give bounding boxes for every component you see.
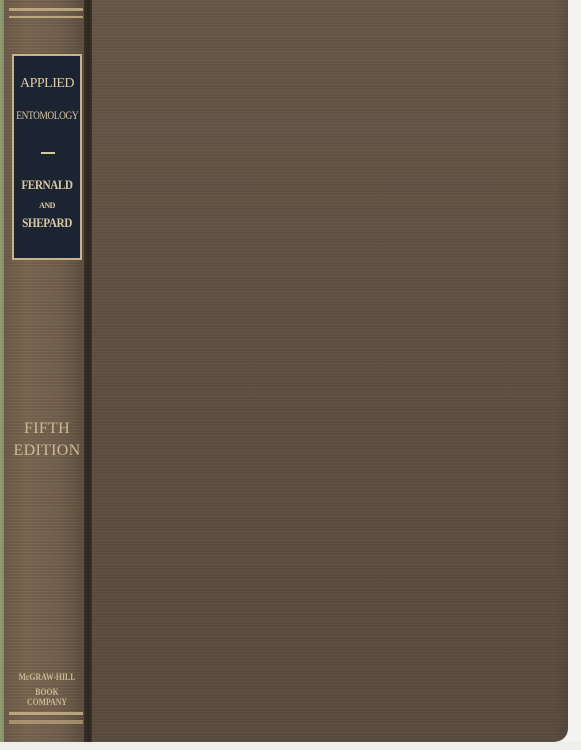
title-line-1: APPLIED xyxy=(14,76,80,92)
background-strip xyxy=(0,742,581,750)
gilt-band-top xyxy=(9,8,83,11)
gilt-band-bottom-2 xyxy=(9,720,83,724)
author-connector: AND xyxy=(14,201,80,210)
publisher-line-2: BOOK COMPANY xyxy=(16,688,78,708)
spine-left-edge xyxy=(0,0,4,742)
author-2: SHEPARD xyxy=(17,216,76,231)
edition-line-2: EDITION xyxy=(9,442,85,460)
book-spine: APPLIED ENTOMOLOGY FERNALD AND SHEPARD F… xyxy=(3,0,87,742)
spine-title-label: APPLIED ENTOMOLOGY FERNALD AND SHEPARD xyxy=(12,54,82,260)
edition-line-1: FIFTH xyxy=(9,420,85,438)
cover-edge-shadow xyxy=(556,0,568,742)
book-photo: APPLIED ENTOMOLOGY FERNALD AND SHEPARD F… xyxy=(0,0,581,750)
front-cover xyxy=(92,0,568,742)
publisher-line-1: McGRAW-HILL xyxy=(16,673,78,683)
title-line-2: ENTOMOLOGY xyxy=(14,108,80,123)
author-1: FERNALD xyxy=(17,178,76,193)
gilt-band-top-2 xyxy=(9,16,83,18)
title-divider xyxy=(41,152,55,154)
gilt-band-bottom xyxy=(9,712,83,715)
